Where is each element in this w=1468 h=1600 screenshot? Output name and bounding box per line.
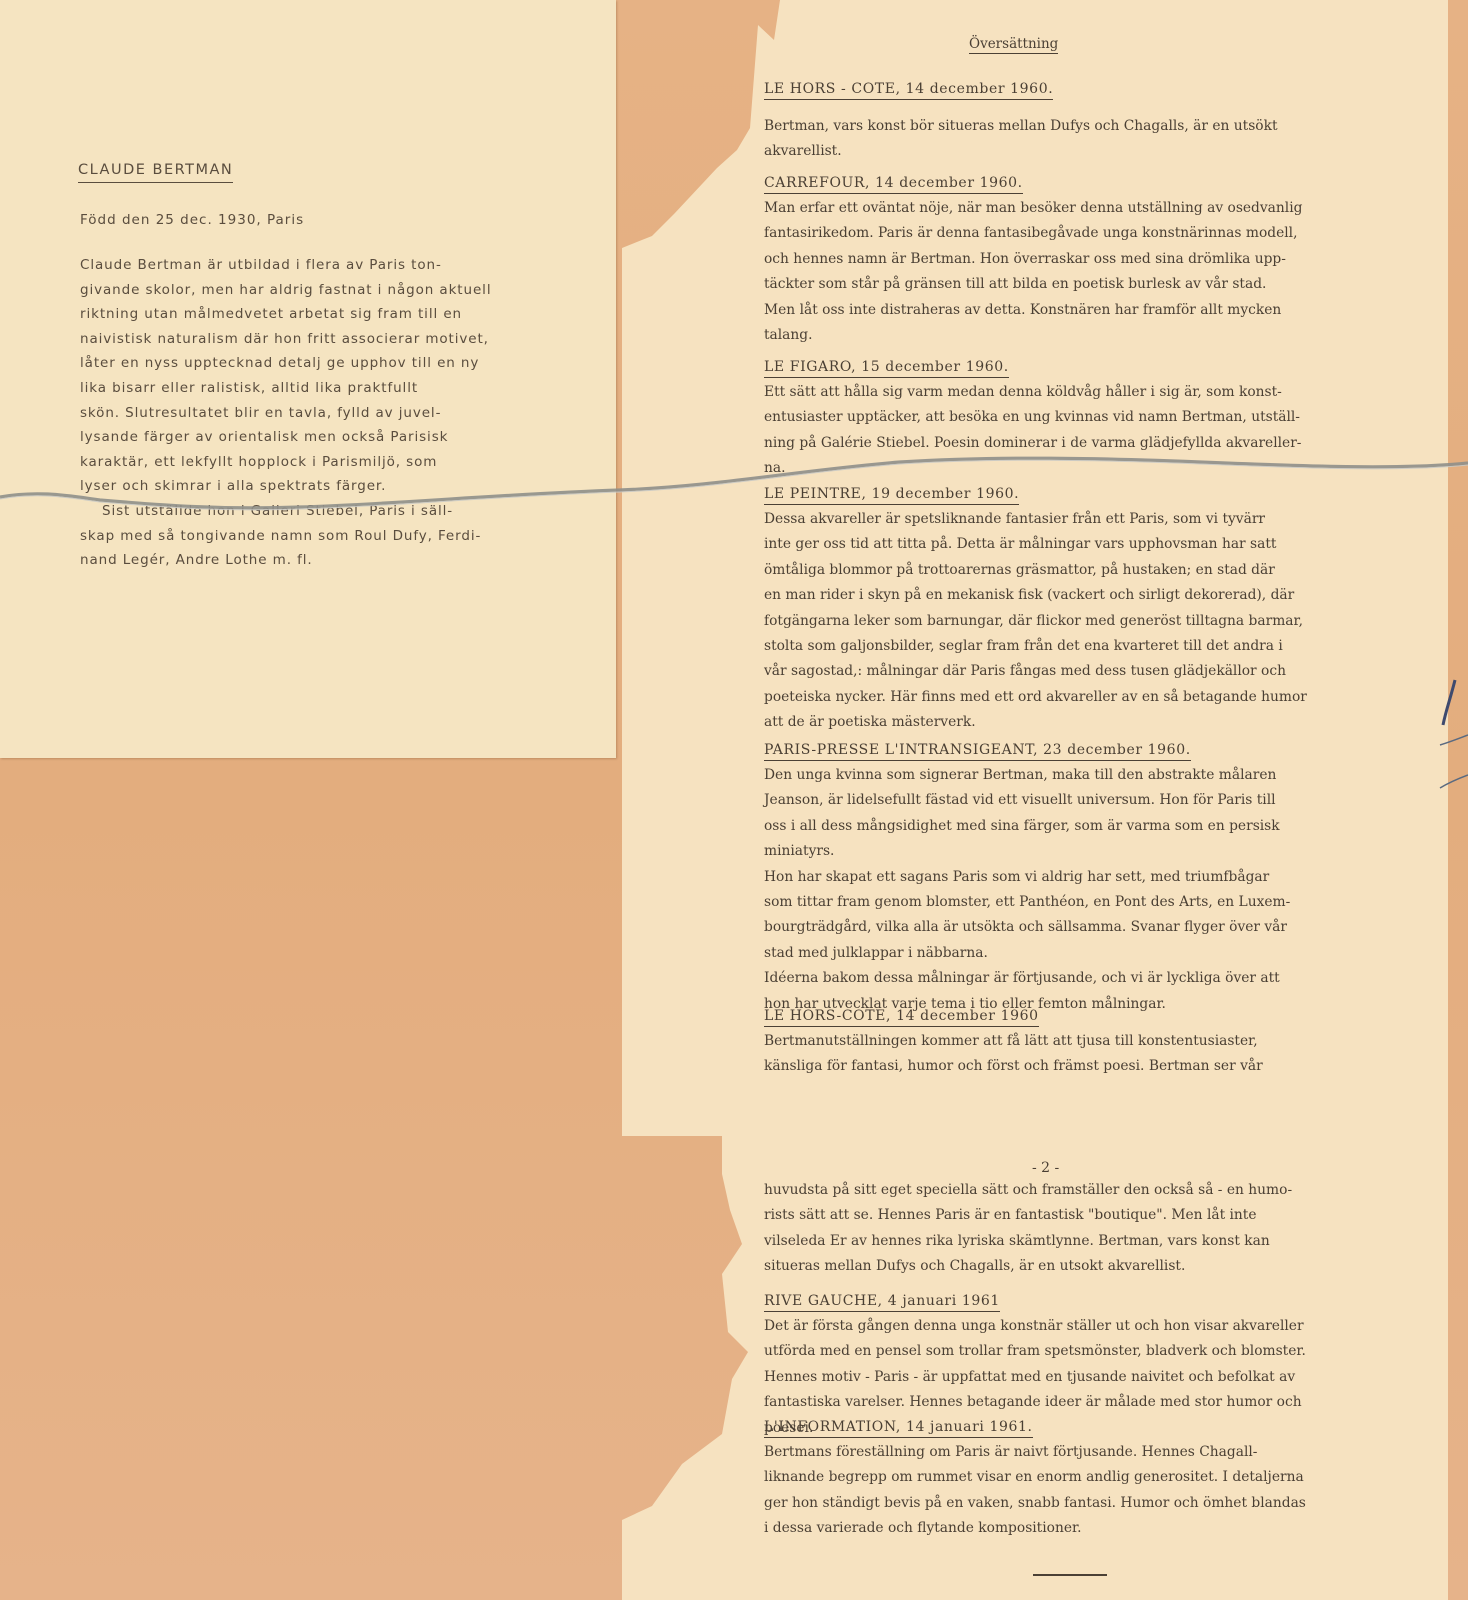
review-line: täckter som står på gränsen till att bil… <box>764 272 1434 297</box>
press-source-heading: PARIS-PRESSE L'INTRANSIGEANT, 23 decembe… <box>764 742 1191 761</box>
press-source-heading: CARREFOUR, 14 december 1960. <box>764 175 1023 194</box>
biography-sheet: CLAUDE BERTMAN Född den 25 dec. 1930, Pa… <box>0 0 616 758</box>
review-line: stad med julklappar i näbbarna. <box>764 941 1434 966</box>
bio-line: låter en nyss upptecknad detalj ge uppho… <box>80 351 600 376</box>
press-source-heading: LE PEINTRE, 19 december 1960. <box>764 486 1019 505</box>
review-line: fantasirikedom. Paris är denna fantasibe… <box>764 221 1434 246</box>
review-line: entusiaster upptäcker, att besöka en ung… <box>764 405 1434 430</box>
review-line: ger hon ständigt bevis på en vaken, snab… <box>764 1491 1434 1516</box>
review-line: vår sagostad,: målningar där Paris fånga… <box>764 659 1434 684</box>
review-line: ömtåliga blommor på trottoarernas gräsma… <box>764 558 1434 583</box>
press-review-entry: PARIS-PRESSE L'INTRANSIGEANT, 23 decembe… <box>764 739 1434 1017</box>
bio-line: skön. Slutresultatet blir en tavla, fyll… <box>80 401 600 426</box>
review-line: poeteiska nycker. Här finns med ett ord … <box>764 685 1434 710</box>
bio-line: lyser och skimrar i alla spektrats färge… <box>80 474 600 499</box>
review-text: Dessa akvareller är spetsliknande fantas… <box>764 507 1434 736</box>
review-line: fantastiska varelser. Hennes betagande i… <box>764 1390 1434 1415</box>
press-review-entry: CARREFOUR, 14 december 1960.Man erfar et… <box>764 172 1434 348</box>
review-line: liknande begrepp om rummet visar en enor… <box>764 1465 1434 1490</box>
review-text: Bertmanutställningen kommer att få lätt … <box>764 1029 1434 1080</box>
review-text: huvudsta på sitt eget speciella sätt och… <box>764 1178 1434 1280</box>
review-line: Bertman, vars konst bör situeras mellan … <box>764 114 1434 139</box>
translation-heading: Översättning <box>969 36 1058 54</box>
bio-line: skap med så tongivande namn som Roul Duf… <box>80 524 600 549</box>
press-review-entry: LE HORS - COTE, 14 december 1960.Bertman… <box>764 78 1434 165</box>
biography-text: Claude Bertman är utbildad i flera av Pa… <box>80 253 600 573</box>
review-line: Hon har skapat ett sagans Paris som vi a… <box>764 865 1434 890</box>
review-line: en man rider i skyn på en mekanisk fisk … <box>764 583 1434 608</box>
end-rule <box>1033 1574 1107 1576</box>
review-line: Det är första gången denna unga konstnär… <box>764 1314 1434 1339</box>
review-line: Bertmans föreställning om Paris är naivt… <box>764 1440 1434 1465</box>
review-line: talang. <box>764 323 1434 348</box>
artist-name-title: CLAUDE BERTMAN <box>78 162 233 183</box>
page-number: - 2 - <box>1032 1160 1059 1176</box>
review-line: huvudsta på sitt eget speciella sätt och… <box>764 1178 1434 1203</box>
review-text: Den unga kvinna som signerar Bertman, ma… <box>764 763 1434 1017</box>
bio-line: lika bisarr eller ralistisk, alltid lika… <box>80 376 600 401</box>
press-source-heading: LE HORS-COTE, 14 december 1960 <box>764 1008 1039 1027</box>
press-source-heading: LE HORS - COTE, 14 december 1960. <box>764 81 1053 100</box>
press-review-entry: LE FIGARO, 15 december 1960.Ett sätt att… <box>764 356 1434 482</box>
review-line: bourgträdgård, vilka alla är utsökta och… <box>764 915 1434 940</box>
press-review-entry: L'INFORMATION, 14 januari 1961.Bertmans … <box>764 1416 1434 1542</box>
bio-line: naivistisk naturalism där hon fritt asso… <box>80 327 600 352</box>
review-line: Men låt oss inte distraheras av detta. K… <box>764 298 1434 323</box>
review-line: i dessa varierade och flytande kompositi… <box>764 1516 1434 1541</box>
review-line: ning på Galérie Stiebel. Poesin dominera… <box>764 431 1434 456</box>
bio-line: lysande färger av orientalisk men också … <box>80 425 600 450</box>
bio-line: Sist utställde hon i Galleri Stiebel, Pa… <box>80 499 600 524</box>
review-line: vilseleda Er av hennes rika lyriska skäm… <box>764 1229 1434 1254</box>
review-text: Man erfar ett oväntat nöje, när man besö… <box>764 196 1434 348</box>
bio-line: karaktär, ett lekfyllt hopplock i Parism… <box>80 450 600 475</box>
review-text: Ett sätt att hålla sig varm medan denna … <box>764 380 1434 482</box>
review-line: som tittar fram genom blomster, ett Pant… <box>764 890 1434 915</box>
bio-line: nand Legér, Andre Lothe m. fl. <box>80 548 600 573</box>
review-line: Ett sätt att hålla sig varm medan denna … <box>764 380 1434 405</box>
press-review-entry: LE PEINTRE, 19 december 1960.Dessa akvar… <box>764 483 1434 736</box>
bio-line: givande skolor, men har aldrig fastnat i… <box>80 278 600 303</box>
review-line: inte ger oss tid att titta på. Detta är … <box>764 532 1434 557</box>
review-line: rists sätt att se. Hennes Paris är en fa… <box>764 1203 1434 1228</box>
review-line: Idéerna bakom dessa målningar är förtjus… <box>764 966 1434 991</box>
review-line: Jeanson, är lidelsefullt fästad vid ett … <box>764 788 1434 813</box>
review-line: Den unga kvinna som signerar Bertman, ma… <box>764 763 1434 788</box>
bio-line: riktning utan målmedvetet arbetat sig fr… <box>80 302 600 327</box>
review-line: att de är poetiska mästerverk. <box>764 710 1434 735</box>
press-source-heading: L'INFORMATION, 14 januari 1961. <box>764 1419 1033 1438</box>
review-line: na. <box>764 456 1434 481</box>
review-line: situeras mellan Dufys och Chagalls, är e… <box>764 1254 1434 1279</box>
review-line: stolta som galjonsbilder, seglar fram fr… <box>764 634 1434 659</box>
review-line: oss i all dess mångsidighet med sina fär… <box>764 814 1434 839</box>
review-text: Bertman, vars konst bör situeras mellan … <box>764 114 1434 165</box>
review-text: Bertmans föreställning om Paris är naivt… <box>764 1440 1434 1542</box>
page-2-continuation: huvudsta på sitt eget speciella sätt och… <box>764 1178 1434 1280</box>
press-source-heading: RIVE GAUCHE, 4 januari 1961 <box>764 1293 1000 1312</box>
bio-line: Claude Bertman är utbildad i flera av Pa… <box>80 253 600 278</box>
birth-info: Född den 25 dec. 1930, Paris <box>80 212 304 228</box>
review-line: och hennes namn är Bertman. Hon överrask… <box>764 247 1434 272</box>
review-line: utförda med en pensel som trollar fram s… <box>764 1339 1434 1364</box>
review-line: fotgängarna leker som barnungar, där fli… <box>764 609 1434 634</box>
review-line: miniatyrs. <box>764 839 1434 864</box>
press-review-entry: LE HORS-COTE, 14 december 1960Bertmanuts… <box>764 1005 1434 1080</box>
review-line: känsliga för fantasi, humor och först oc… <box>764 1054 1434 1079</box>
review-line: akvarellist. <box>764 139 1434 164</box>
review-line: Man erfar ett oväntat nöje, när man besö… <box>764 196 1434 221</box>
review-line: Bertmanutställningen kommer att få lätt … <box>764 1029 1434 1054</box>
review-line: Dessa akvareller är spetsliknande fantas… <box>764 507 1434 532</box>
press-source-heading: LE FIGARO, 15 december 1960. <box>764 359 1009 378</box>
review-line: Hennes motiv - Paris - är uppfattat med … <box>764 1365 1434 1390</box>
